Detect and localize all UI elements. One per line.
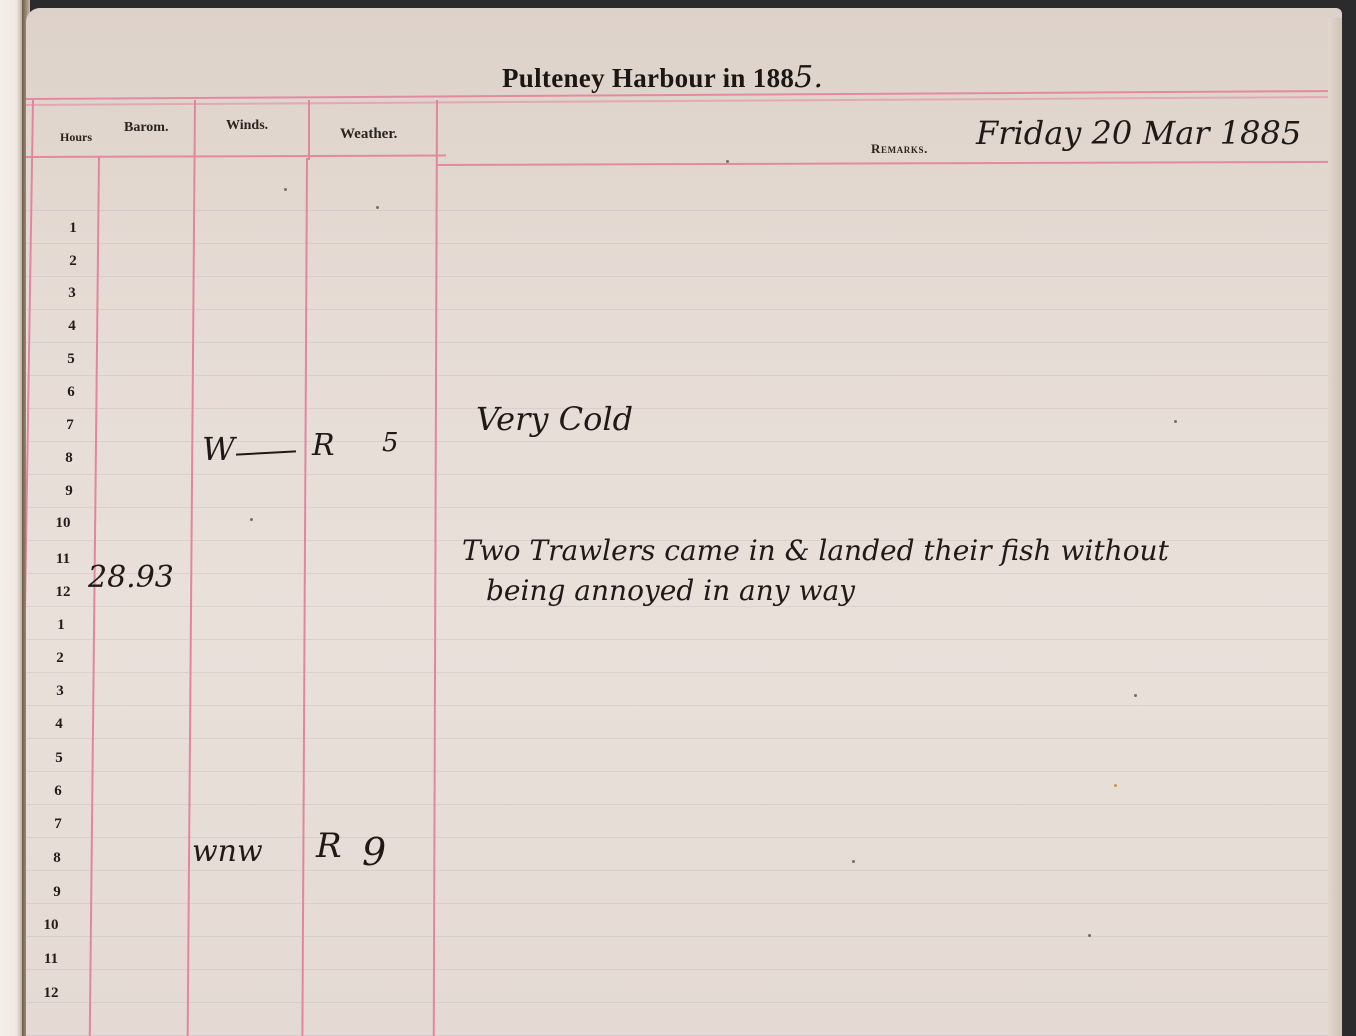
paper-speck: [1088, 934, 1091, 937]
hour-am-9: 9: [54, 483, 84, 500]
paper-speck: [250, 518, 253, 521]
hour-pm-3: 3: [45, 683, 75, 700]
paper-speck: [852, 860, 855, 863]
hour-am-3: 3: [57, 285, 87, 302]
column-header-remarks: Remarks.: [871, 141, 928, 157]
evening-wind-direction: WNW: [192, 834, 263, 869]
hour-pm-12: 12: [36, 985, 66, 1002]
hour-pm-11: 11: [36, 951, 66, 968]
barometer-reading: 28.93: [88, 560, 174, 595]
morning-weather: Very Cold: [476, 400, 633, 438]
ledger-page: Pulteney Harbour in 1885. Hours Barom. W…: [26, 8, 1342, 1036]
left-page-edge: [0, 0, 24, 1036]
paper-speck: [1114, 784, 1117, 787]
page-title: Pulteney Harbour in 1885.: [502, 60, 823, 95]
column-header-hours: Hours: [60, 130, 92, 145]
hour-am-5: 5: [56, 351, 86, 368]
morning-wind-force-label: R: [312, 428, 335, 463]
column-header-winds: Winds.: [226, 118, 268, 134]
hour-am-4: 4: [57, 318, 87, 335]
morning-wind-direction: W: [202, 430, 235, 468]
hour-pm-4: 4: [44, 716, 74, 733]
hour-am-11: 11: [48, 551, 78, 568]
hour-pm-1: 1: [46, 617, 76, 634]
page-right-edge: [1328, 18, 1342, 1036]
morning-wind-force: 5: [382, 428, 399, 458]
hour-am-1: 1: [58, 220, 88, 237]
hour-am-12: 12: [48, 584, 78, 601]
paper-speck: [376, 206, 379, 209]
paper-speck: [284, 188, 287, 191]
hour-am-8: 8: [54, 450, 84, 467]
paper-speck: [1174, 420, 1177, 423]
hour-pm-8: 8: [42, 850, 72, 867]
hour-am-10: 10: [48, 515, 78, 532]
hour-pm-5: 5: [44, 750, 74, 767]
hour-pm-7: 7: [43, 816, 73, 833]
column-header-barom: Barom.: [124, 120, 168, 136]
evening-wind-force: 9: [362, 830, 386, 874]
hour-am-6: 6: [56, 384, 86, 401]
header-bottom-rule: [26, 155, 446, 158]
hour-pm-9: 9: [42, 884, 72, 901]
paper-speck: [726, 160, 729, 163]
remark-line-1: Two Trawlers came in & landed their fish…: [462, 534, 1169, 567]
winds-right-rule: [308, 100, 310, 160]
evening-wind-force-label: R: [316, 826, 342, 866]
hour-pm-6: 6: [43, 783, 73, 800]
remark-line-2: being annoyed in any way: [486, 574, 855, 607]
ruled-lines: [26, 178, 1342, 1036]
title-printed: Pulteney Harbour in 188: [502, 63, 794, 93]
paper-speck: [1134, 694, 1137, 697]
date-handwritten: Friday 20 Mar 1885: [976, 114, 1301, 152]
column-header-weather: Weather.: [340, 126, 397, 143]
title-year-digit: 5.: [794, 60, 823, 95]
hour-am-2: 2: [58, 253, 88, 270]
hour-pm-2: 2: [45, 650, 75, 667]
remarks-header-bottom-rule: [436, 161, 1342, 166]
hour-am-7: 7: [55, 417, 85, 434]
hour-pm-10: 10: [36, 917, 66, 934]
